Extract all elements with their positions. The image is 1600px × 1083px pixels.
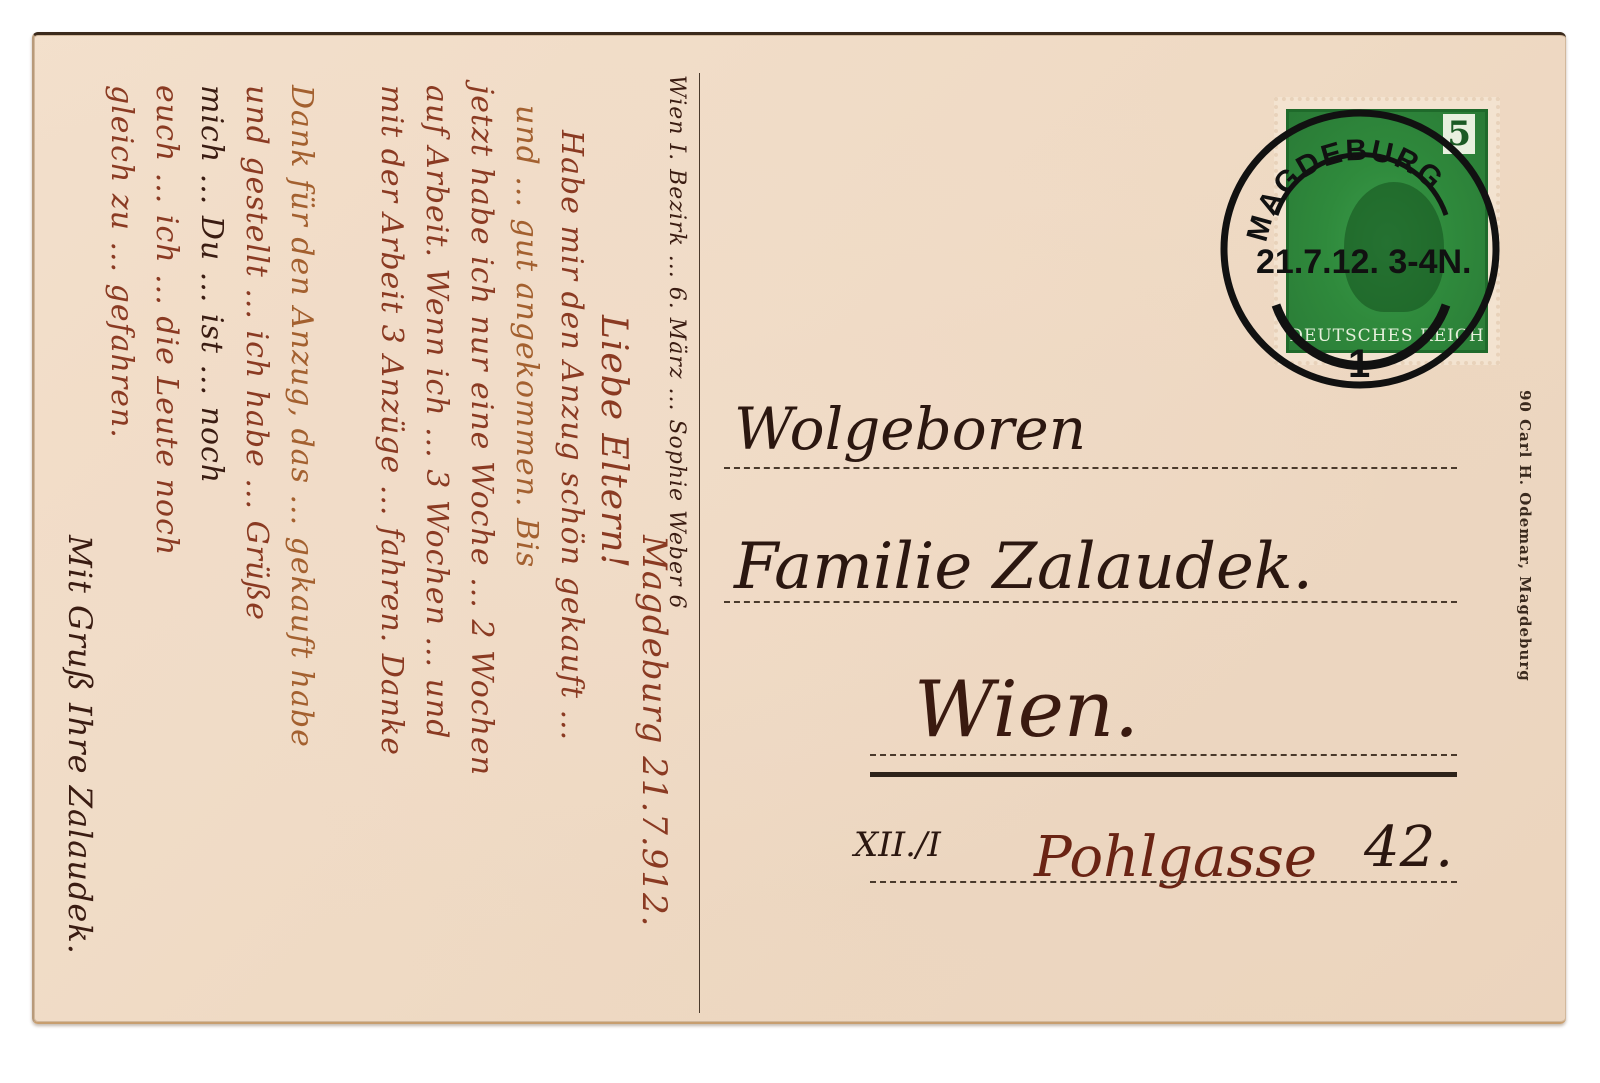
- address-recipient: Familie Zalaudek.: [734, 530, 1313, 604]
- message-line: jetzt habe ich nur eine Woche ... 2 Woch…: [464, 85, 499, 776]
- postmark-city: MAGDEBURG: [1241, 134, 1451, 245]
- message-address-divider: [699, 73, 700, 1013]
- address-district: XII./I: [854, 825, 941, 865]
- message-dateline: Magdeburg 21.7.912.: [634, 535, 674, 927]
- postmark-cancellation: MAGDEBURG 21.7.12. 3-4N. 1: [1216, 105, 1504, 393]
- address-line-3: [870, 754, 1457, 756]
- svg-text:MAGDEBURG: MAGDEBURG: [1241, 134, 1451, 245]
- message-line: auf Arbeit. Wenn ich ... 3 Wochen ... un…: [419, 85, 454, 739]
- postmark-date: 21.7.12. 3-4N.: [1256, 243, 1471, 281]
- message-line: Wien I. Bezirk ... 6. März ... Sophie We…: [664, 75, 689, 610]
- address-city: Wien.: [914, 665, 1139, 755]
- message-line: Habe mir den Anzug schön gekauft ...: [554, 130, 589, 741]
- postcard: Wien I. Bezirk ... 6. März ... Sophie We…: [32, 32, 1566, 1024]
- message-line: euch ... ich ... die Leute noch: [149, 85, 184, 556]
- message-line: und ... gut angekommen. Bis: [509, 105, 544, 568]
- message-greeting: Liebe Eltern!: [593, 315, 634, 569]
- address-city-underline: [870, 772, 1457, 777]
- message-line: mit der Arbeit 3 Anzüge ... fahren. Dank…: [374, 85, 409, 756]
- message-line: Dank für den Anzug, das ... gekauft habe: [284, 85, 319, 748]
- address-line-4: [870, 881, 1457, 883]
- address-house-number: 42.: [1364, 815, 1453, 880]
- postmark-office: 1: [1348, 342, 1370, 386]
- message-signature: Mit Gruß Ihre Zalaudek.: [61, 535, 99, 955]
- message-line: mich ... Du ... ist ... noch: [194, 85, 229, 484]
- address-salutation: Wolgeboren: [734, 395, 1086, 463]
- message-line: und gestellt ... ich habe ... Grüße: [239, 85, 274, 621]
- address-line-2: [724, 601, 1457, 603]
- publisher-imprint: 90 Carl H. Odemar, Magdeburg: [1516, 390, 1534, 682]
- message-line: gleich zu ... gefahren.: [104, 85, 139, 439]
- address-line-1: [724, 467, 1457, 469]
